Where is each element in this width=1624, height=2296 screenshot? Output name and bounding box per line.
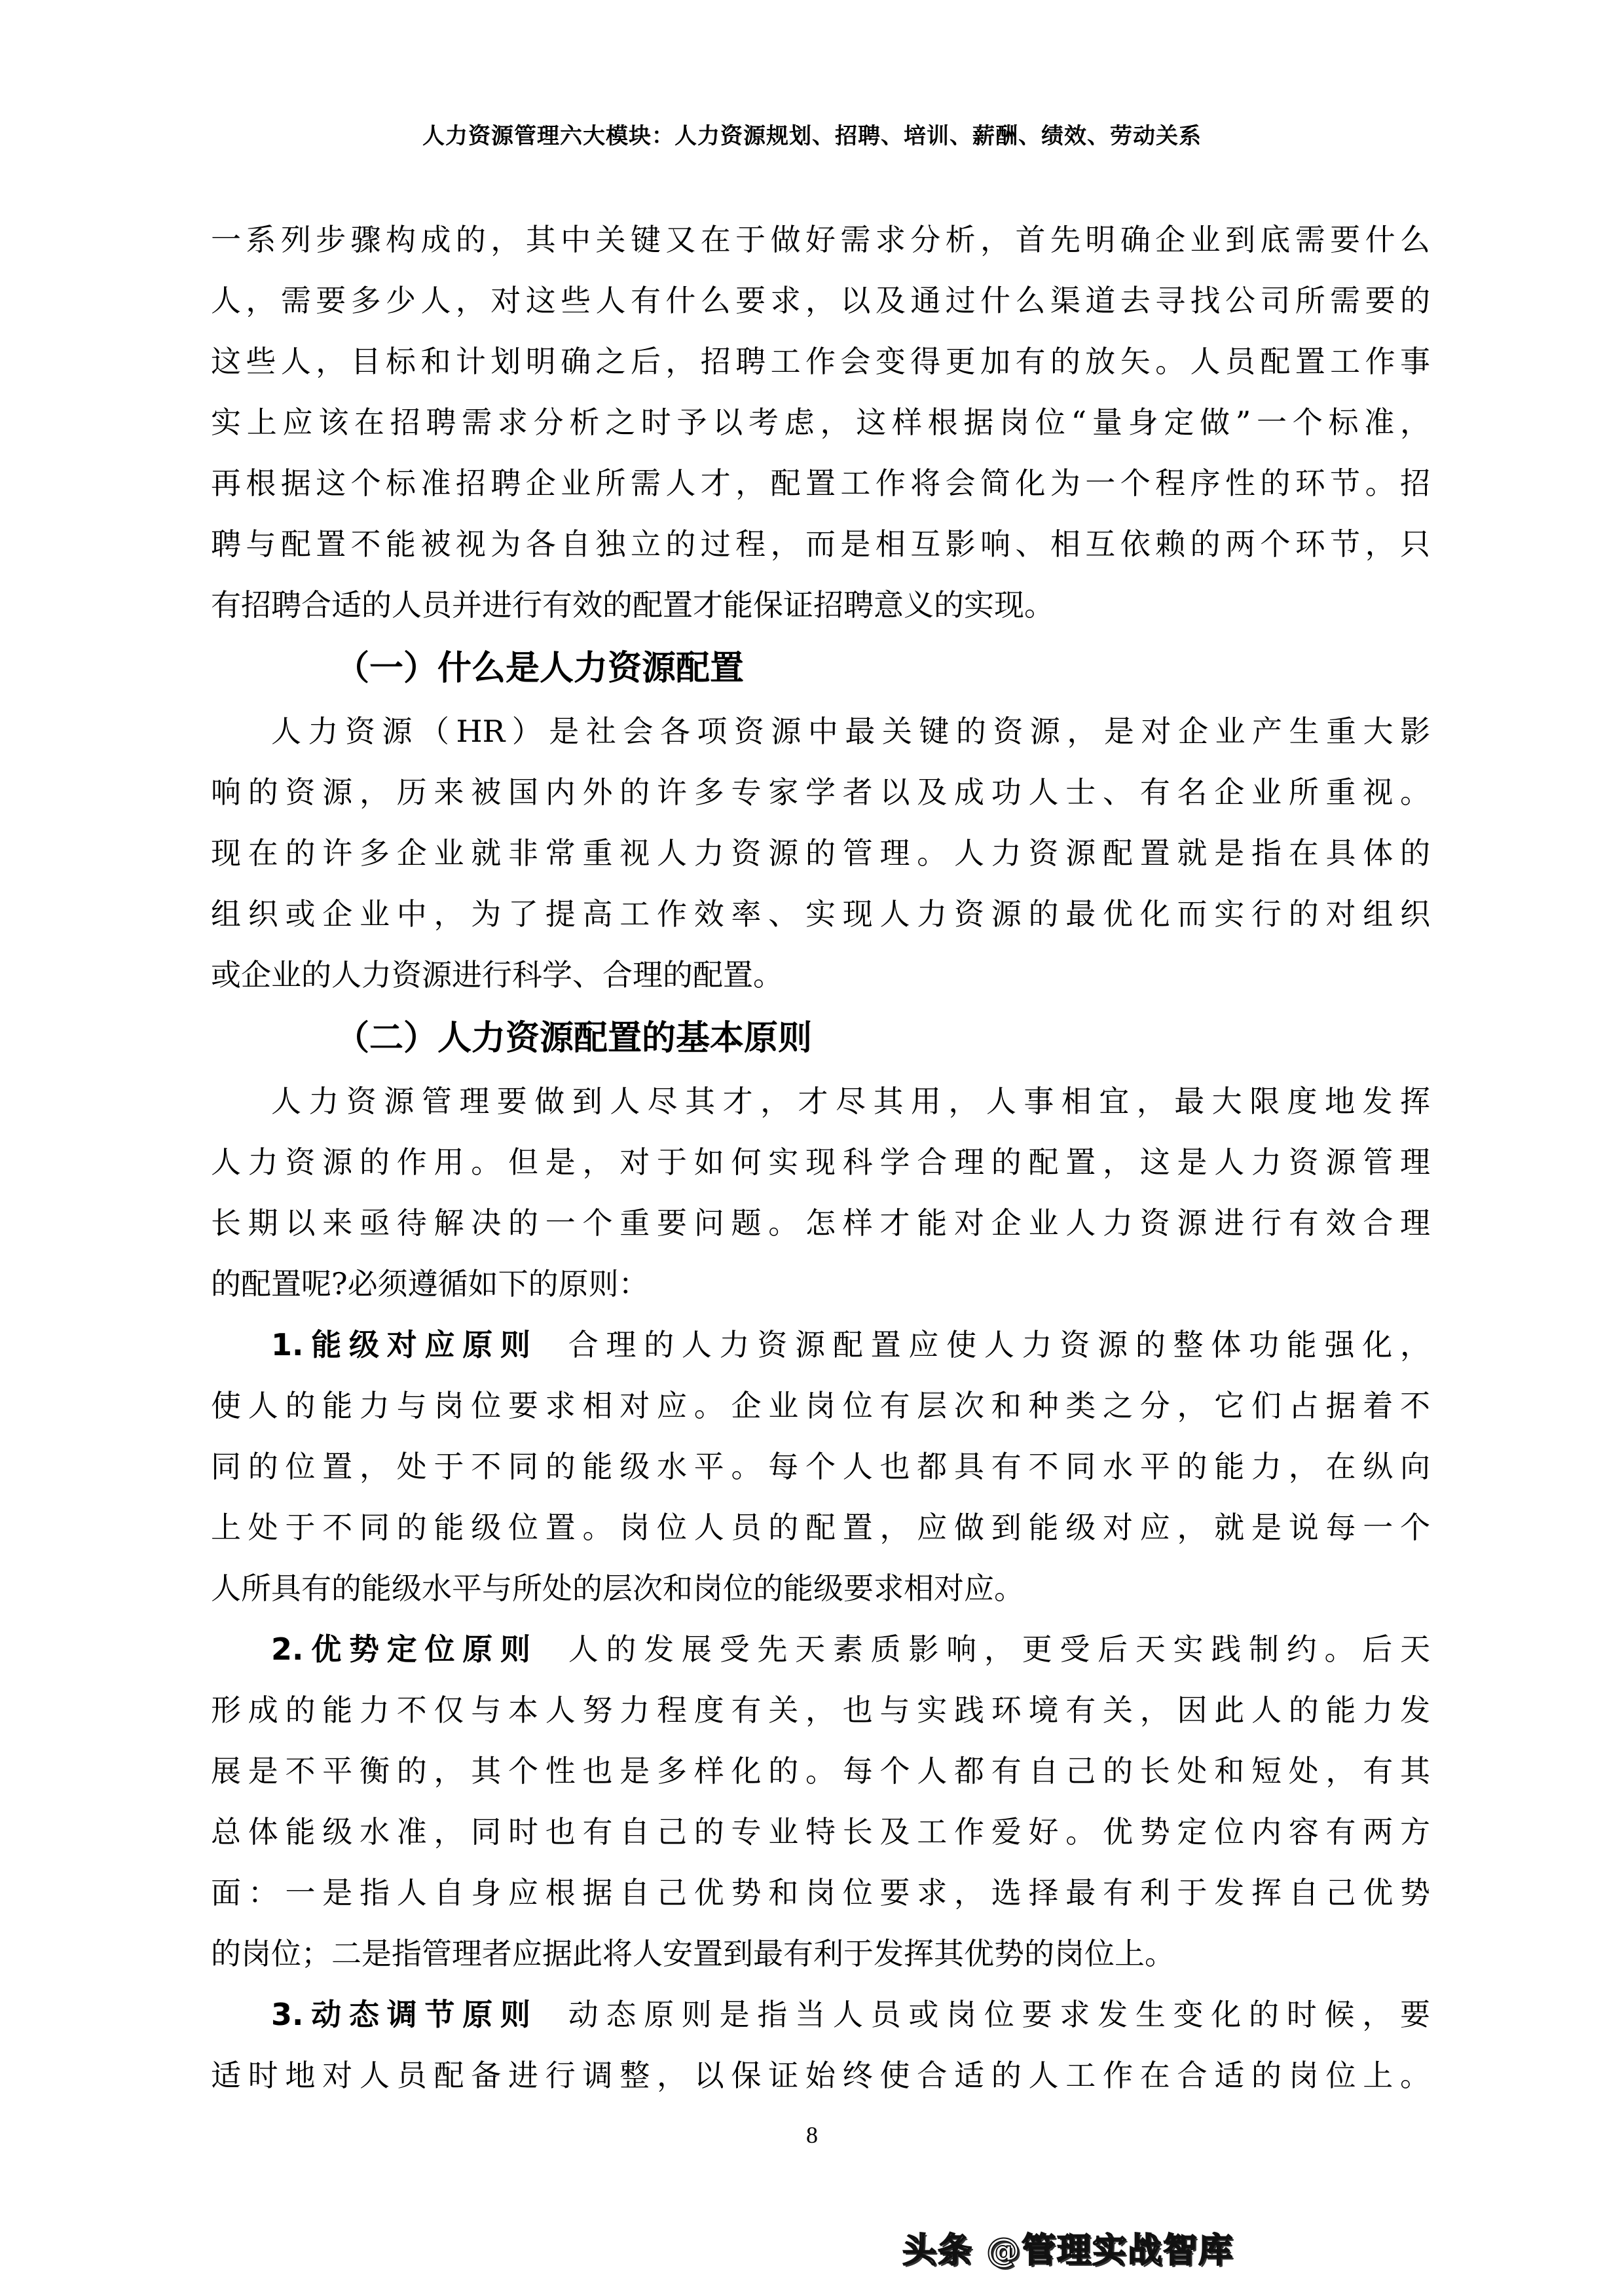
text-line: 1.能级对应原则合理的人力资源配置应使人力资源的整体功能强化， <box>211 1315 1430 1376</box>
principle-title: 2.优势定位原则 <box>271 1631 538 1667</box>
text-line: 聘与配置不能被视为各自独立的过程，而是相互影响、相互依赖的两个环节，只 <box>211 514 1430 575</box>
page-number: 8 <box>0 2121 1624 2149</box>
text-line: 的岗位；二是指管理者应据此将人安置到最有利于发挥其优势的岗位上。 <box>211 1923 1430 1984</box>
text-line: 一系列步骤构成的，其中关键又在于做好需求分析，首先明确企业到底需要什么 <box>211 210 1430 270</box>
principle-3: 3.动态调节原则动态原则是指当人员或岗位要求发生变化的时候，要 适时地对人员配备… <box>211 1984 1430 2106</box>
text-line: 2.优势定位原则人的发展受先天素质影响，更受后天实践制约。后天 <box>211 1619 1430 1680</box>
text-line: 这些人，目标和计划明确之后，招聘工作会变得更加有的放矢。人员配置工作事 <box>211 331 1430 392</box>
section-2-paragraph: 人力资源管理要做到人尽其才，才尽其用，人事相宜，最大限度地发挥 人力资源的作用。… <box>211 1071 1430 1315</box>
text-line: 3.动态调节原则动态原则是指当人员或岗位要求发生变化的时候，要 <box>211 1984 1430 2045</box>
text-line: 同的位置，处于不同的能级水平。每个人也都具有不同水平的能力，在纵向 <box>211 1436 1430 1497</box>
text-line: 或企业的人力资源进行科学、合理的配置。 <box>211 945 1430 1006</box>
intro-paragraph: 一系列步骤构成的，其中关键又在于做好需求分析，首先明确企业到底需要什么 人，需要… <box>211 210 1430 636</box>
text-line: 面：一是指人自身应根据自己优势和岗位要求，选择最有利于发挥自己优势 <box>211 1863 1430 1923</box>
text-line: 上处于不同的能级位置。岗位人员的配置，应做到能级对应，就是说每一个 <box>211 1497 1430 1558</box>
document-page: 人力资源管理六大模块：人力资源规划、招聘、培训、薪酬、绩效、劳动关系 一系列步骤… <box>0 0 1624 2296</box>
text-line: 形成的能力不仅与本人努力程度有关，也与实践环境有关，因此人的能力发 <box>211 1680 1430 1741</box>
principle-text: 动态原则是指当人员或岗位要求发生变化的时候，要 <box>568 1997 1430 2032</box>
text-line: 适时地对人员配备进行调整，以保证始终使合适的人工作在合适的岗位上。 <box>211 2045 1430 2106</box>
text-line: 实上应该在招聘需求分析之时予以考虑，这样根据岗位“量身定做”一个标准， <box>211 392 1430 453</box>
document-body: 一系列步骤构成的，其中关键又在于做好需求分析，首先明确企业到底需要什么 人，需要… <box>211 210 1430 2106</box>
text-line: 总体能级水准，同时也有自己的专业特长及工作爱好。优势定位内容有两方 <box>211 1802 1430 1863</box>
text-line: 组织或企业中，为了提高工作效率、实现人力资源的最优化而实行的对组织 <box>211 884 1430 945</box>
text-line: 人所具有的能级水平与所处的层次和岗位的能级要求相对应。 <box>211 1558 1430 1619</box>
section-heading-2: （二）人力资源配置的基本原则 <box>211 1006 1430 1071</box>
section-heading-1: （一）什么是人力资源配置 <box>211 636 1430 701</box>
principle-text: 合理的人力资源配置应使人力资源的整体功能强化， <box>568 1327 1430 1362</box>
text-line: 使人的能力与岗位要求相对应。企业岗位有层次和种类之分，它们占据着不 <box>211 1376 1430 1436</box>
text-line: 人力资源（HR）是社会各项资源中最关键的资源，是对企业产生重大影 <box>211 701 1430 762</box>
principle-2: 2.优势定位原则人的发展受先天素质影响，更受后天实践制约。后天 形成的能力不仅与… <box>211 1619 1430 1984</box>
text-line: 人力资源管理要做到人尽其才，才尽其用，人事相宜，最大限度地发挥 <box>211 1071 1430 1132</box>
text-line: 现在的许多企业就非常重视人力资源的管理。人力资源配置就是指在具体的 <box>211 823 1430 884</box>
text-line: 人，需要多少人，对这些人有什么要求，以及通过什么渠道去寻找公司所需要的 <box>211 270 1430 331</box>
text-line: 有招聘合适的人员并进行有效的配置才能保证招聘意义的实现。 <box>211 575 1430 636</box>
text-line: 人力资源的作用。但是，对于如何实现科学合理的配置，这是人力资源管理 <box>211 1132 1430 1193</box>
text-line: 响的资源，历来被国内外的许多专家学者以及成功人士、有名企业所重视。 <box>211 762 1430 823</box>
principle-title: 1.能级对应原则 <box>271 1327 538 1362</box>
watermark: 头条 @管理实战智库 <box>902 2223 1234 2272</box>
principle-title: 3.动态调节原则 <box>271 1997 538 2032</box>
principle-text: 人的发展受先天素质影响，更受后天实践制约。后天 <box>568 1631 1430 1667</box>
section-1-paragraph: 人力资源（HR）是社会各项资源中最关键的资源，是对企业产生重大影 响的资源，历来… <box>211 701 1430 1006</box>
text-line: 展是不平衡的，其个性也是多样化的。每个人都有自己的长处和短处，有其 <box>211 1741 1430 1802</box>
text-line: 的配置呢?必须遵循如下的原则： <box>211 1254 1430 1315</box>
running-header: 人力资源管理六大模块：人力资源规划、招聘、培训、薪酬、绩效、劳动关系 <box>0 118 1624 150</box>
text-line: 再根据这个标准招聘企业所需人才，配置工作将会简化为一个程序性的环节。招 <box>211 453 1430 514</box>
principle-1: 1.能级对应原则合理的人力资源配置应使人力资源的整体功能强化， 使人的能力与岗位… <box>211 1315 1430 1619</box>
text-line: 长期以来亟待解决的一个重要问题。怎样才能对企业人力资源进行有效合理 <box>211 1193 1430 1254</box>
